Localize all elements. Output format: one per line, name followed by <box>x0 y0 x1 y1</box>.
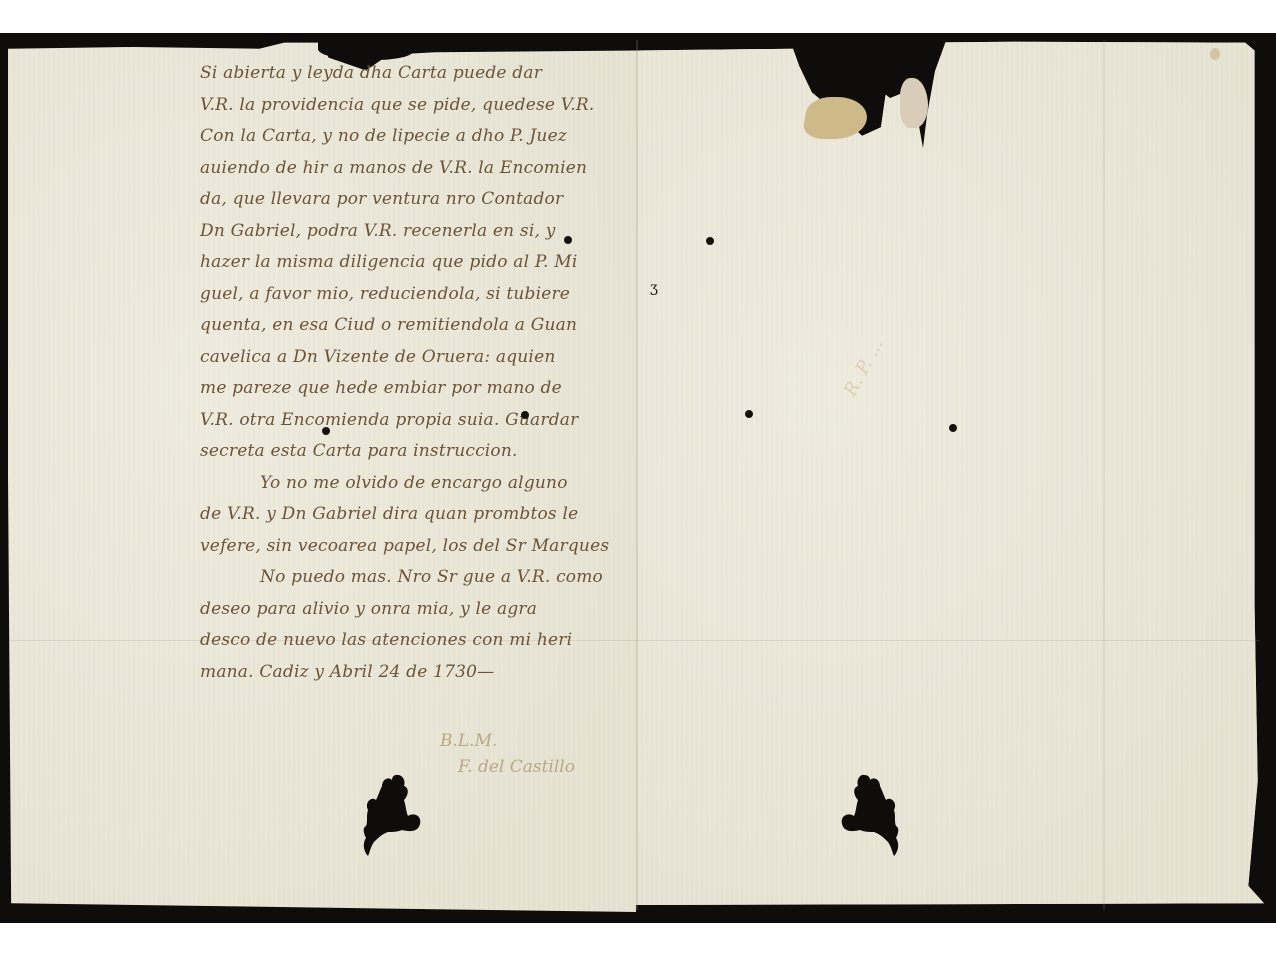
wormhole <box>322 427 330 435</box>
letter-line: secreta esta Carta para instruccion. <box>200 436 640 468</box>
letter-line: de V.R. y Dn Gabriel dira quan prombtos … <box>200 499 640 531</box>
letter-line: mana. Cadiz y Abril 24 de 1730— <box>200 657 640 689</box>
letter-line: Con la Carta, y no de lipecie a dho P. J… <box>200 121 640 153</box>
wormhole <box>706 237 714 245</box>
paper-tear <box>318 38 413 60</box>
letter-line: Yo no me olvido de encargo alguno <box>200 468 640 500</box>
letter-line: auiendo de hir a manos de V.R. la Encomi… <box>200 153 640 185</box>
signature-name: F. del Castillo <box>440 754 575 780</box>
wormhole <box>564 236 572 244</box>
letter-line: deseo para alivio y onra mia, y le agra <box>200 594 640 626</box>
wormhole <box>949 424 957 432</box>
letter-line: Dn Gabriel, podra V.R. recenerla en si, … <box>200 216 640 248</box>
letter-line: Si abierta y leyda dha Carta puede dar <box>200 58 640 90</box>
letter-body: Si abierta y leyda dha Carta puede dar V… <box>200 58 640 688</box>
signature-block: B.L.M. F. del Castillo <box>440 728 575 780</box>
letter-line: guel, a favor mio, reduciendola, si tubi… <box>200 279 640 311</box>
letter-line: quenta, en esa Ciud o remitiendola a Gua… <box>200 310 640 342</box>
letter-line: V.R. otra Encomienda propia suia. Guarda… <box>200 405 640 437</box>
letter-line: desco de nuevo las atenciones con mi her… <box>200 625 640 657</box>
letter-line: me pareze que hede embiar por mano de <box>200 373 640 405</box>
letter-line: hazer la misma diligencia que pido al P.… <box>200 247 640 279</box>
wax-seal-right <box>836 772 906 857</box>
letter-line: V.R. la providencia que se pide, quedese… <box>200 90 640 122</box>
letter-line: vefere, sin vecoarea papel, los del Sr M… <box>200 531 640 563</box>
fold-line-right <box>1103 40 1105 910</box>
letter-right-page <box>636 40 1264 912</box>
paper-stain <box>1210 48 1220 60</box>
wax-seal-left <box>356 772 426 857</box>
paper-stain <box>900 78 928 128</box>
wormhole <box>521 411 529 419</box>
margin-ink-mark: ʒ <box>650 280 658 296</box>
letter-line: da, que llevara por ventura nro Contador <box>200 184 640 216</box>
signature-closing: B.L.M. <box>440 731 497 751</box>
wormhole <box>745 410 753 418</box>
letter-line: No puedo mas. Nro Sr gue a V.R. como <box>200 562 640 594</box>
letter-line: cavelica a Dn Vizente de Oruera: aquien <box>200 342 640 374</box>
